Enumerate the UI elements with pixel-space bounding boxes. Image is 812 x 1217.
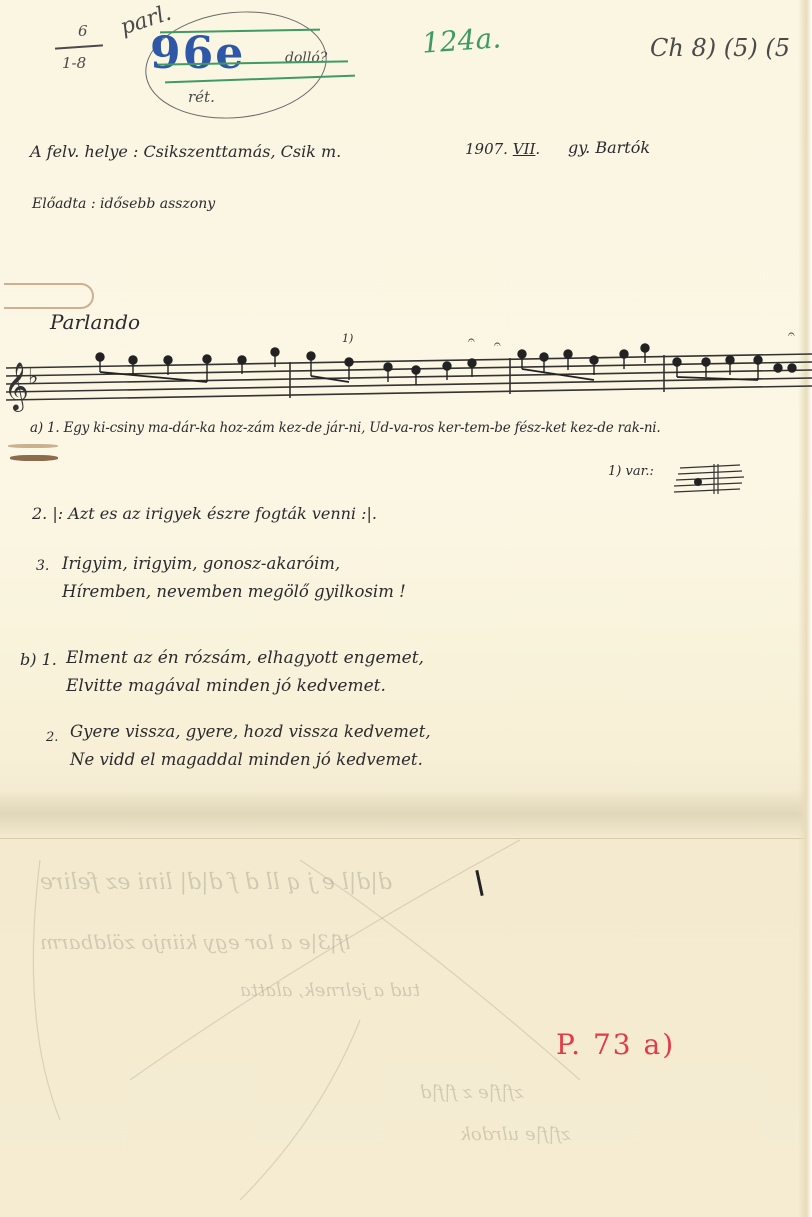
verse-a3-number: 3. — [36, 558, 49, 574]
tempo-marking: Parlando — [50, 310, 140, 334]
top-right-marks: Ch 8) (5) (5 — [650, 34, 790, 62]
lyrics-line: a) 1. Egy ki-csiny ma-dár-ka hoz-zám kez… — [30, 420, 661, 436]
recording-place-line: A felv. helye : Csikszenttamás, Csik m. — [30, 142, 341, 161]
question-mark: ? — [320, 50, 328, 66]
fermata-icon-3: 𝄐 — [788, 327, 795, 341]
recording-place-label: A felv. helye : — [30, 142, 138, 161]
treble-clef-icon: 𝄞 — [4, 361, 29, 412]
variant-mini-staff — [670, 462, 750, 502]
date-year: 1907. — [465, 140, 508, 158]
verse-b2-line1: Gyere vissza, gyere, hozd vissza kedveme… — [70, 722, 431, 741]
fraction-bottom: 1-8 — [62, 54, 86, 72]
verse-b1-line1: Elment az én rózsám, elhagyott engemet, — [66, 648, 424, 668]
verse-b1-line2: Elvitte magával minden jó kedvemet. — [66, 676, 386, 696]
archive-mark: P. 73 a) — [556, 1028, 675, 1061]
verse-b2-number: 2. — [46, 730, 58, 745]
music-staff: 𝄞 ♭ — [0, 340, 812, 430]
performer-line: Előadta : idősebb asszony — [32, 196, 215, 212]
catalog-number: 96e — [150, 28, 245, 79]
date-month: VII — [513, 140, 536, 158]
recording-date: 1907. VII. — [465, 140, 540, 158]
variant-note-label: 1) var.: — [608, 464, 654, 479]
bleed-through-cross — [0, 820, 812, 1217]
fraction-top: 6 — [78, 22, 88, 40]
green-reference-number: 124a. — [421, 21, 502, 59]
collector-name: gy. Bartók — [568, 138, 650, 157]
rust-stain-left — [10, 455, 58, 461]
verse-a2: 2. |: Azt es az irigyek észre fogták ven… — [32, 504, 377, 523]
fermata-icon: 𝄐 — [468, 333, 475, 347]
fermata-icon-2: 𝄐 — [494, 337, 501, 351]
verse-a3-line2: Híremben, nevemben megölő gyilkosim ! — [62, 582, 406, 601]
circle-note-ret: rét. — [188, 88, 215, 106]
verse-a3-line1: Irigyim, irigyim, gonosz-akaróim, — [62, 554, 340, 573]
rust-stain-top — [4, 283, 94, 309]
flat-sign-icon: ♭ — [28, 365, 38, 390]
struck-word: dolló? — [285, 50, 327, 66]
rust-stain-left-2 — [8, 444, 58, 448]
recording-place-value: Csikszenttamás, Csik m. — [143, 142, 341, 161]
struck-word-text: dolló — [285, 50, 320, 66]
performer-value: idősebb asszony — [100, 196, 215, 212]
performer-label: Előadta : — [32, 196, 96, 212]
verse-b1-label: b) 1. — [20, 650, 57, 669]
verse-b2-line2: Ne vidd el magaddal minden jó kedvemet. — [70, 750, 423, 769]
